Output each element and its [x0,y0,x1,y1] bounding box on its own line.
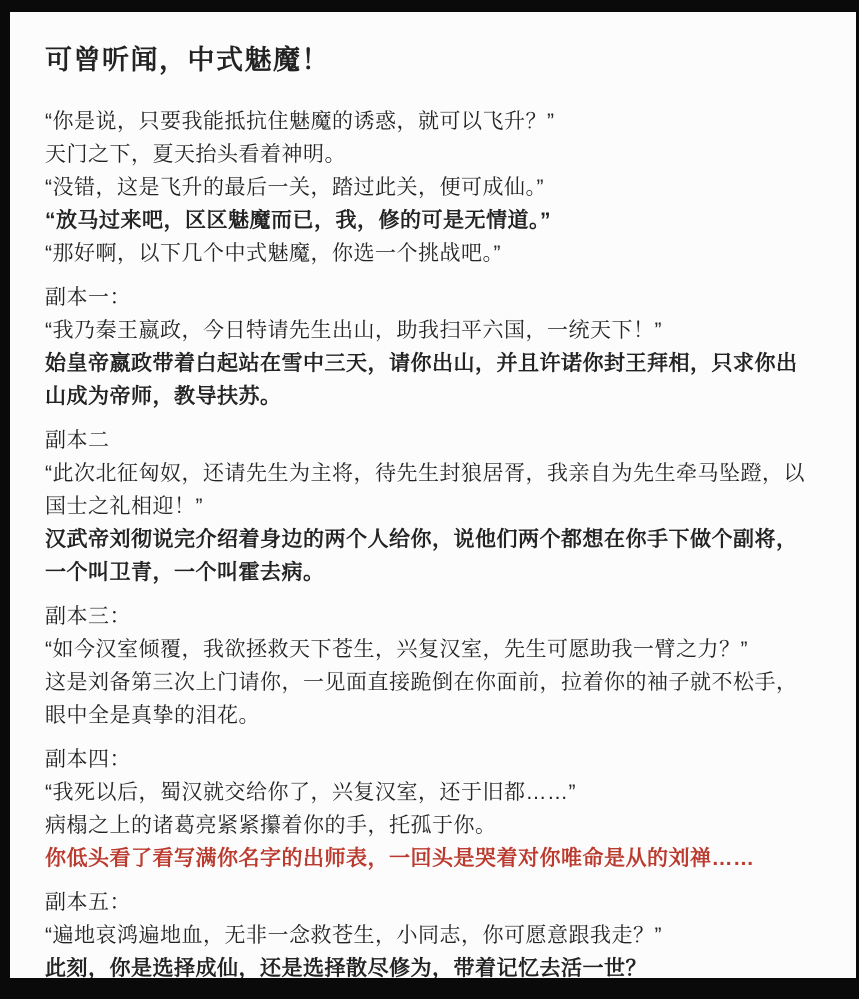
section-heading: 副本四： [45,743,818,776]
dialogue-line: “如今汉室倾覆，我欲拯救天下苍生，兴复汉室，先生可愿助我一臂之力？” [45,633,818,666]
section-fuben-1: 副本一： “我乃秦王嬴政，今日特请先生出山，助我扫平六国，一统天下！” 始皇帝嬴… [45,281,818,413]
dialogue-line: “我乃秦王嬴政，今日特请先生出山，助我扫平六国，一统天下！” [45,314,818,347]
narration-line: 始皇帝嬴政带着白起站在雪中三天，请你出山，并且许诺你封王拜相，只求你出山成为帝师… [45,347,818,413]
section-heading: 副本二 [45,424,818,457]
intro-paragraph: “你是说，只要我能抵抗住魅魔的诱惑，就可以飞升？” 天门之下，夏天抬头看着神明。… [45,105,818,270]
narration-line-highlight: 你低头看了看写满你名字的出师表，一回头是哭着对你唯命是从的刘禅…… [45,842,818,875]
section-fuben-3: 副本三： “如今汉室倾覆，我欲拯救天下苍生，兴复汉室，先生可愿助我一臂之力？” … [45,600,818,732]
page-title: 可曾听闻，中式魅魔！ [45,38,818,77]
section-heading: 副本三： [45,600,818,633]
dialogue-line: “此次北征匈奴，还请先生为主将，待先生封狼居胥，我亲自为先生牵马坠蹬，以国士之礼… [45,457,818,523]
section-heading: 副本一： [45,281,818,314]
dialogue-line: “遍地哀鸿遍地血，无非一念救苍生，小同志，你可愿意跟我走？” [45,919,818,952]
section-fuben-4: 副本四： “我死以后，蜀汉就交给你了，兴复汉室，还于旧都……” 病榻之上的诸葛亮… [45,743,818,875]
section-fuben-5: 副本五： “遍地哀鸿遍地血，无非一念救苍生，小同志，你可愿意跟我走？” 此刻，你… [45,886,818,978]
dialogue-line: “那好啊，以下几个中式魅魔，你选一个挑战吧。” [45,237,818,270]
dialogue-line: “放马过来吧，区区魅魔而已，我，修的可是无情道。” [45,204,818,237]
story-page: 可曾听闻，中式魅魔！ “你是说，只要我能抵抗住魅魔的诱惑，就可以飞升？” 天门之… [10,12,856,978]
dialogue-line: “你是说，只要我能抵抗住魅魔的诱惑，就可以飞升？” [45,105,818,138]
narration-line: 汉武帝刘彻说完介绍着身边的两个人给你，说他们两个都想在你手下做个副将，一个叫卫青… [45,523,818,589]
narration-line: 这是刘备第三次上门请你，一见面直接跪倒在你面前，拉着你的袖子就不松手，眼中全是真… [45,666,818,732]
narration-line: 此刻，你是选择成仙，还是选择散尽修为，带着记忆去活一世？ [45,952,818,978]
dialogue-line: “没错，这是飞升的最后一关，踏过此关，便可成仙。” [45,171,818,204]
narration-line: 天门之下，夏天抬头看着神明。 [45,138,818,171]
section-heading: 副本五： [45,886,818,919]
section-fuben-2: 副本二 “此次北征匈奴，还请先生为主将，待先生封狼居胥，我亲自为先生牵马坠蹬，以… [45,424,818,589]
narration-line: 病榻之上的诸葛亮紧紧攥着你的手，托孤于你。 [45,809,818,842]
dialogue-line: “我死以后，蜀汉就交给你了，兴复汉室，还于旧都……” [45,776,818,809]
